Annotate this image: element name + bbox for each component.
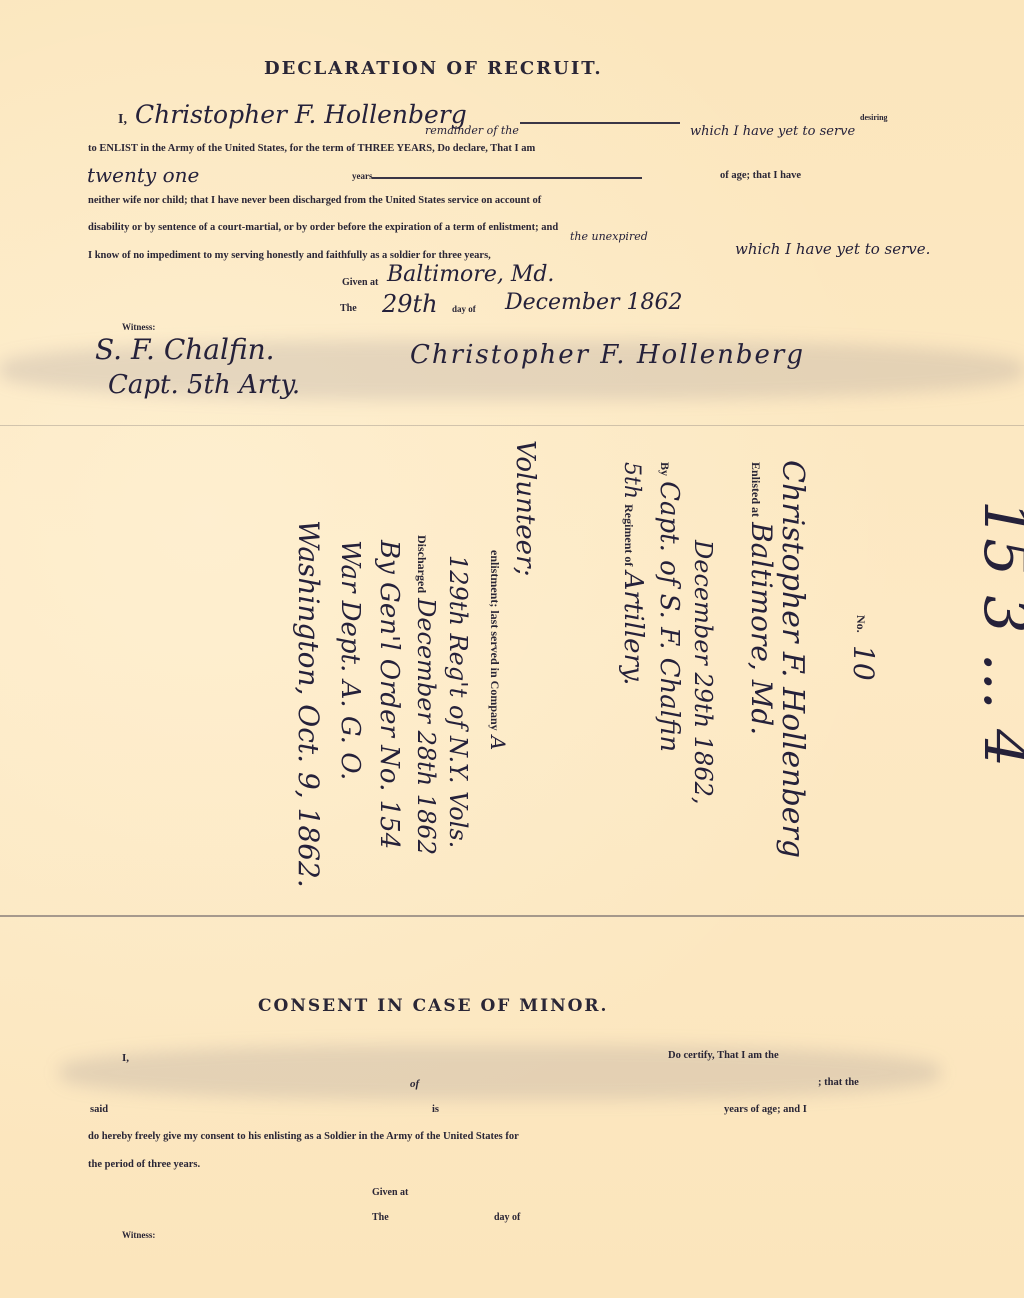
declaration-of-age: of age; that I have	[720, 170, 801, 181]
last-served-regiment: 129th Reg't of N.Y. Vols.	[444, 555, 472, 848]
last-served-company: A	[486, 736, 510, 750]
declaration-years: years	[352, 171, 373, 181]
fold-line	[0, 915, 1024, 917]
interlineation-which: which I have yet to serve	[690, 124, 855, 139]
recruit-signature: Christopher F. Hollenberg	[410, 340, 805, 370]
enlisted-at-value: Baltimore, Md.	[745, 522, 778, 735]
consent-title: CONSENT IN CASE OF MINOR.	[258, 996, 608, 1016]
consent-line4: do hereby freely give my consent to his …	[88, 1131, 519, 1142]
fold-line	[0, 425, 1024, 426]
order-line1: By Gen'l Order No. 154	[374, 540, 404, 849]
date-day: 29th	[382, 290, 438, 318]
by-value: Capt. of S. F. Chalfin	[654, 481, 684, 752]
date-day-of: day of	[452, 304, 476, 314]
declaration-line2: to ENLIST in the Army of the United Stat…	[88, 143, 535, 154]
declaration-i: I,	[118, 112, 127, 128]
regiment-number: 5th	[619, 462, 644, 499]
by-row: By Capt. of S. F. Chalfin	[654, 462, 684, 752]
regiment-value: Artillery.	[618, 572, 648, 686]
witness-signature: S. F. Chalfin.	[95, 333, 275, 366]
strike-line	[372, 177, 642, 179]
age-handwritten: twenty one	[87, 163, 199, 187]
by-label: By	[658, 462, 672, 476]
desiring: desiring	[860, 113, 888, 122]
discharged-row: Discharged December 28th 1862	[412, 535, 440, 855]
declaration-line6: I know of no impediment to my serving ho…	[88, 250, 491, 261]
consent-day-of: day of	[494, 1212, 520, 1223]
endorsement-number: 10	[847, 645, 880, 681]
consent-line2-end: ; that the	[818, 1077, 859, 1088]
enlisted-at-row: Enlisted at Baltimore, Md.	[745, 462, 778, 735]
strike-line	[520, 122, 680, 124]
date-the: The	[340, 303, 357, 314]
consent-of: of	[410, 1078, 419, 1090]
regiment-label: Regiment of	[622, 504, 636, 566]
consent-is: is	[432, 1104, 439, 1115]
given-at-label: Given at	[342, 277, 378, 288]
endorsement-number-label: No.	[853, 615, 868, 633]
consent-said: said	[90, 1104, 108, 1115]
last-served-label: enlistment; last served in Company	[488, 550, 502, 731]
consent-line3-end: years of age; and I	[724, 1104, 807, 1115]
regiment-row: 5th Regiment of Artillery.	[618, 462, 648, 685]
line6-handwritten: which I have yet to serve.	[735, 240, 930, 258]
declaration-title: DECLARATION OF RECRUIT.	[264, 58, 603, 79]
consent-line5: the period of three years.	[88, 1159, 200, 1170]
witness-label: Witness:	[122, 322, 155, 332]
endorsement-name: Christopher F. Hollenberg	[775, 460, 810, 858]
fold-smudge	[60, 1045, 940, 1100]
discharged-label: Discharged	[415, 535, 429, 593]
consent-given-at: Given at	[372, 1187, 408, 1198]
consent-the: The	[372, 1212, 389, 1223]
prior-service: Volunteer;	[510, 440, 540, 576]
consent-i: I,	[122, 1052, 129, 1064]
last-served-row: enlistment; last served in Company A	[486, 550, 510, 750]
declaration-line5: disability or by sentence of a court-mar…	[88, 222, 558, 233]
interlineation-unexpired: the unexpired	[570, 230, 648, 243]
recruit-name: Christopher F. Hollenberg	[135, 100, 467, 129]
interlineation-remainder: remainder of the	[425, 124, 519, 137]
order-line2: War Dept. A. G. O.	[335, 540, 365, 780]
margin-mark: 15 3 ... 4	[970, 500, 1024, 767]
declaration-line4: neither wife nor child; that I have neve…	[88, 195, 541, 206]
consent-line1-end: Do certify, That I am the	[668, 1050, 779, 1061]
given-at-value: Baltimore, Md.	[387, 262, 554, 287]
consent-witness: Witness:	[122, 1230, 155, 1240]
order-line3: Washington, Oct. 9, 1862.	[292, 520, 325, 888]
enlisted-date: December 29th 1862,	[689, 540, 717, 805]
witness-title: Capt. 5th Arty.	[108, 370, 300, 400]
enlisted-at-label: Enlisted at	[749, 462, 763, 517]
discharged-date: December 28th 1862	[412, 598, 440, 855]
date-month-year: December 1862	[505, 290, 682, 315]
